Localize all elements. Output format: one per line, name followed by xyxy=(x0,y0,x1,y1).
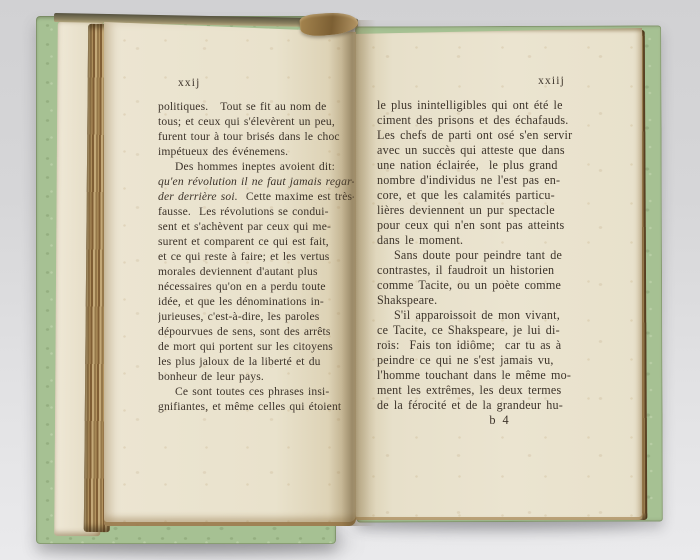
photo-background: xxij politiques. Tout se fit au nom de t… xyxy=(0,0,700,560)
text-line: qu'en révolution il ne faut jamais regar… xyxy=(158,174,354,189)
text-line: peindre ce qui ne s'est jamais vu, xyxy=(377,353,613,368)
text-line: morales deviennent d'autant plus xyxy=(158,264,354,279)
text-line: Sans doute pour peindre tant de xyxy=(377,248,613,263)
text-line: Les chefs de parti ont osé s'en servir xyxy=(377,128,613,143)
text-line: et ce qui reste à faire; et les vertus xyxy=(158,249,354,264)
text-line: politiques. Tout se fit au nom de xyxy=(158,99,354,114)
text-line: S'il apparoissoit de mon vivant, xyxy=(377,308,613,323)
signature-mark: b 4 xyxy=(377,413,613,428)
text-line: gnifiantes, et même celles qui étoient xyxy=(158,399,354,414)
text-line: fausse. Les révolutions se condui- xyxy=(158,204,354,219)
text-line: une nation éclairée, le plus grand xyxy=(377,158,613,173)
text-line: le plus inintelligibles qui ont été le xyxy=(377,98,613,113)
text-line: ce Tacite, ce Shakspeare, je lui di- xyxy=(377,323,613,338)
text-line: l'homme touchant dans le même mo- xyxy=(377,368,613,383)
text-line: de mort qui portent sur les citoyens xyxy=(158,339,354,354)
text-line: core, et que les calamités particu- xyxy=(377,188,613,203)
text-line: impétueux des événemens. xyxy=(158,144,354,159)
text-line: pour ceux qui n'en sont pas atteints xyxy=(377,218,613,233)
text-line: dépourvues de sens, sont des arrêts xyxy=(158,324,354,339)
folio-right: xxiij xyxy=(377,74,613,89)
text-line: rois: Fais ton idiôme; car tu as à xyxy=(377,338,613,353)
text-line: tous; et ceux qui s'élevèrent un peu, xyxy=(158,114,354,129)
text-line: der derrière soi. Cette maxime est très- xyxy=(158,189,354,204)
text-line: surent et comparent ce qui est fait, xyxy=(158,234,354,249)
text-line: Shakspeare. xyxy=(377,293,613,308)
text-line: nombre d'individus ne l'est pas en- xyxy=(377,173,613,188)
text-line: les plus jaloux de la liberté et du xyxy=(158,354,354,369)
text-line: dans le moment. xyxy=(377,233,613,248)
text-line: lières deviennent un pur spectacle xyxy=(377,203,613,218)
folio-left: xxij xyxy=(158,76,354,91)
text-line: contrastes, il faudroit un historien xyxy=(377,263,613,278)
text-line: nécessaires qu'on en a perdu toute xyxy=(158,279,354,294)
text-line: sent et s'achèvent par ceux qui me- xyxy=(158,219,354,234)
text-line: de la férocité et de la grandeur hu- xyxy=(377,398,613,413)
text-line: Des hommes ineptes avoient dit: xyxy=(158,159,354,174)
text-segment-italic: der derrière soi. xyxy=(158,190,238,203)
text-segment-roman: Cette maxime est très- xyxy=(238,190,354,203)
text-line: furent tour à tour brisés dans le choc xyxy=(158,129,354,144)
text-line: comme Tacite, ou un poète comme xyxy=(377,278,613,293)
right-page-text: xxiij le plus inintelligibles qui ont ét… xyxy=(377,74,613,442)
text-line: Ce sont toutes ces phrases insi- xyxy=(158,384,354,399)
text-line: bonheur de leur pays. xyxy=(158,369,354,384)
left-page-text: xxij politiques. Tout se fit au nom de t… xyxy=(158,76,354,428)
text-line: idée, et que les dénominations in- xyxy=(158,294,354,309)
text-line: ciment des prisons et des échafauds. xyxy=(377,113,613,128)
text-line: jurieuses, c'est-à-dire, les paroles xyxy=(158,309,354,324)
text-line: avec un succès qui atteste que dans xyxy=(377,143,613,158)
text-line: ment les extrêmes, les deux termes xyxy=(377,383,613,398)
